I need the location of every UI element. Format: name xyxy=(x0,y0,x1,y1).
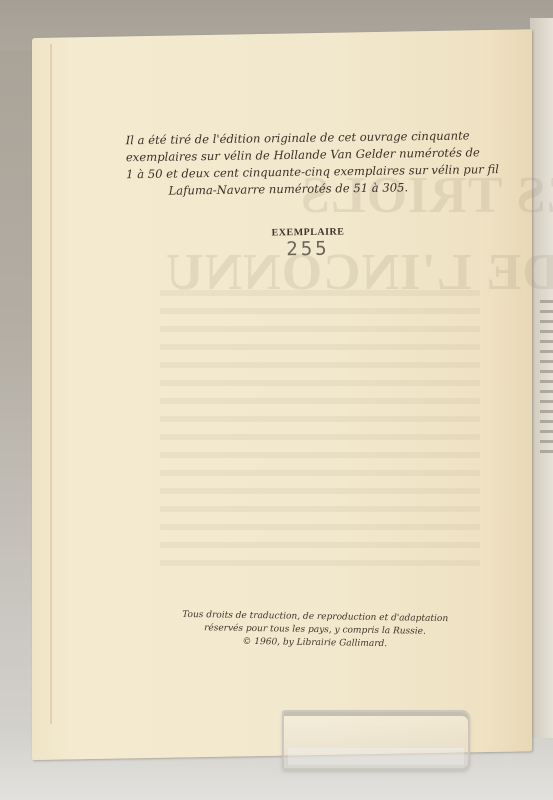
acrylic-stand-lip xyxy=(288,748,464,765)
adjacent-page-text xyxy=(540,300,553,460)
copyright-notice: Tous droits de traduction, de reproducti… xyxy=(175,609,456,652)
photo-scene: LES TRIOLS DE L'INCONNU Il a été tiré de… xyxy=(0,0,553,800)
limitation-statement: Il a été tiré de l'édition originale de … xyxy=(126,128,451,201)
copy-number-stamp: 255 xyxy=(268,237,348,260)
page-fold-line xyxy=(50,44,52,724)
